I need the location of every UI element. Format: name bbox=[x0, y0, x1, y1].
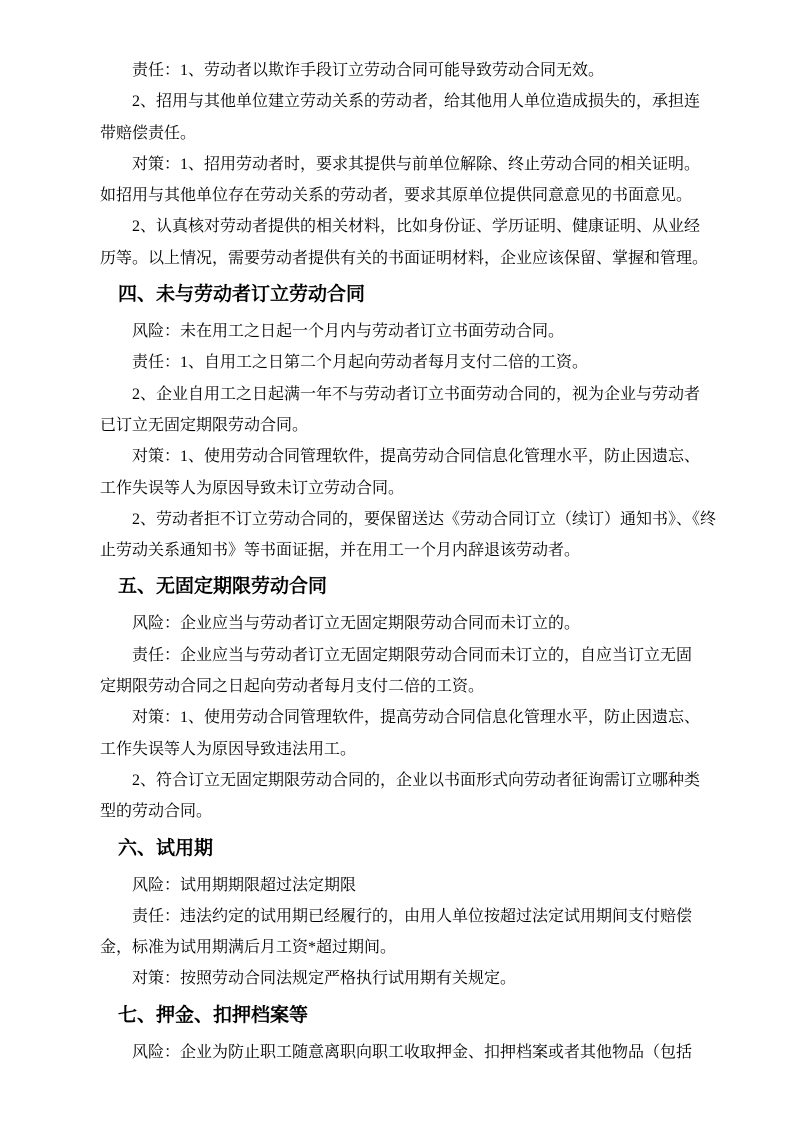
paragraph: 2、符合订立无固定期限劳动合同的，企业以书面形式向劳动者征询需订立哪种类型的劳动… bbox=[100, 765, 713, 828]
paragraph: 风险：企业应当与劳动者订立无固定期限劳动合同而未订立的。 bbox=[100, 608, 713, 639]
paragraph: 责任：1、劳动者以欺诈手段订立劳动合同可能导致劳动合同无效。 bbox=[100, 55, 713, 86]
paragraph-line: 工作失误等人为原因导致未订立劳动合同。 bbox=[100, 473, 713, 504]
paragraph: 对策：1、使用劳动合同管理软件，提高劳动合同信息化管理水平，防止因遗忘、工作失误… bbox=[100, 702, 713, 765]
section-heading: 六、试用期 bbox=[118, 831, 713, 867]
paragraph-line: 风险：试用期期限超过法定期限 bbox=[100, 870, 713, 901]
paragraph-line: 责任：1、劳动者以欺诈手段订立劳动合同可能导致劳动合同无效。 bbox=[100, 55, 713, 86]
paragraph-line: 对策：按照劳动合同法规定严格执行试用期有关规定。 bbox=[100, 963, 713, 994]
paragraph-line: 历等。以上情况，需要劳动者提供有关的书面证明材料，企业应该保留、掌握和管理。 bbox=[100, 243, 713, 274]
paragraph: 风险：未在用工之日起一个月内与劳动者订立书面劳动合同。 bbox=[100, 316, 713, 347]
paragraph-line: 已订立无固定期限劳动合同。 bbox=[100, 410, 713, 441]
paragraph-line: 定期限劳动合同之日起向劳动者每月支付二倍的工资。 bbox=[100, 671, 713, 702]
paragraph-line: 金，标准为试用期满后月工资*超过期间。 bbox=[100, 932, 713, 963]
paragraph: 2、认真核对劳动者提供的相关材料，比如身份证、学历证明、健康证明、从业经历等。以… bbox=[100, 211, 713, 274]
paragraph-line: 对策：1、使用劳动合同管理软件，提高劳动合同信息化管理水平，防止因遗忘、 bbox=[100, 702, 713, 733]
paragraph-line: 如招用与其他单位存在劳动关系的劳动者，要求其原单位提供同意意见的书面意见。 bbox=[100, 180, 713, 211]
paragraph-line: 对策：1、使用劳动合同管理软件，提高劳动合同信息化管理水平，防止因遗忘、 bbox=[100, 441, 713, 472]
paragraph-line: 2、符合订立无固定期限劳动合同的，企业以书面形式向劳动者征询需订立哪种类 bbox=[100, 765, 713, 796]
paragraph-line: 2、企业自用工之日起满一年不与劳动者订立书面劳动合同的，视为企业与劳动者 bbox=[100, 379, 713, 410]
paragraph-line: 风险：企业应当与劳动者订立无固定期限劳动合同而未订立的。 bbox=[100, 608, 713, 639]
paragraph-line: 责任：1、自用工之日第二个月起向劳动者每月支付二倍的工资。 bbox=[100, 347, 713, 378]
paragraph: 2、企业自用工之日起满一年不与劳动者订立书面劳动合同的，视为企业与劳动者已订立无… bbox=[100, 379, 713, 442]
paragraph-line: 止劳动关系通知书》等书面证据，并在用工一个月内辞退该劳动者。 bbox=[100, 535, 713, 566]
paragraph-line: 2、劳动者拒不订立劳动合同的，要保留送达《劳动合同订立（续订）通知书》、《终 bbox=[100, 504, 713, 535]
document-page: 责任：1、劳动者以欺诈手段订立劳动合同可能导致劳动合同无效。2、招用与其他单位建… bbox=[0, 0, 793, 1122]
paragraph-line: 2、认真核对劳动者提供的相关材料，比如身份证、学历证明、健康证明、从业经 bbox=[100, 211, 713, 242]
paragraph-line: 型的劳动合同。 bbox=[100, 796, 713, 827]
paragraph: 2、招用与其他单位建立劳动关系的劳动者，给其他用人单位造成损失的，承担连带赔偿责… bbox=[100, 86, 713, 149]
paragraph-line: 2、招用与其他单位建立劳动关系的劳动者，给其他用人单位造成损失的，承担连 bbox=[100, 86, 713, 117]
section-heading: 五、无固定期限劳动合同 bbox=[118, 569, 713, 605]
paragraph-line: 工作失误等人为原因导致违法用工。 bbox=[100, 734, 713, 765]
paragraph: 对策：1、招用劳动者时，要求其提供与前单位解除、终止劳动合同的相关证明。如招用与… bbox=[100, 149, 713, 212]
paragraph: 风险：试用期期限超过法定期限 bbox=[100, 870, 713, 901]
paragraph: 责任：企业应当与劳动者订立无固定期限劳动合同而未订立的，自应当订立无固定期限劳动… bbox=[100, 640, 713, 703]
paragraph: 责任：违法约定的试用期已经履行的，由用人单位按超过法定试用期间支付赔偿金，标准为… bbox=[100, 901, 713, 964]
paragraph-line: 责任：违法约定的试用期已经履行的，由用人单位按超过法定试用期间支付赔偿 bbox=[100, 901, 713, 932]
paragraph: 责任：1、自用工之日第二个月起向劳动者每月支付二倍的工资。 bbox=[100, 347, 713, 378]
section-heading: 四、未与劳动者订立劳动合同 bbox=[118, 277, 713, 313]
paragraph-line: 风险：企业为防止职工随意离职向职工收取押金、扣押档案或者其他物品（包括 bbox=[100, 1037, 713, 1068]
paragraph: 对策：1、使用劳动合同管理软件，提高劳动合同信息化管理水平，防止因遗忘、工作失误… bbox=[100, 441, 713, 504]
paragraph-line: 责任：企业应当与劳动者订立无固定期限劳动合同而未订立的，自应当订立无固 bbox=[100, 640, 713, 671]
paragraph-line: 风险：未在用工之日起一个月内与劳动者订立书面劳动合同。 bbox=[100, 316, 713, 347]
paragraph-line: 对策：1、招用劳动者时，要求其提供与前单位解除、终止劳动合同的相关证明。 bbox=[100, 149, 713, 180]
paragraph: 对策：按照劳动合同法规定严格执行试用期有关规定。 bbox=[100, 963, 713, 994]
paragraph: 2、劳动者拒不订立劳动合同的，要保留送达《劳动合同订立（续订）通知书》、《终止劳… bbox=[100, 504, 713, 567]
paragraph-line: 带赔偿责任。 bbox=[100, 118, 713, 149]
section-heading: 七、押金、扣押档案等 bbox=[118, 998, 713, 1034]
paragraph: 风险：企业为防止职工随意离职向职工收取押金、扣押档案或者其他物品（包括 bbox=[100, 1037, 713, 1068]
document-content: 责任：1、劳动者以欺诈手段订立劳动合同可能导致劳动合同无效。2、招用与其他单位建… bbox=[100, 55, 713, 1068]
